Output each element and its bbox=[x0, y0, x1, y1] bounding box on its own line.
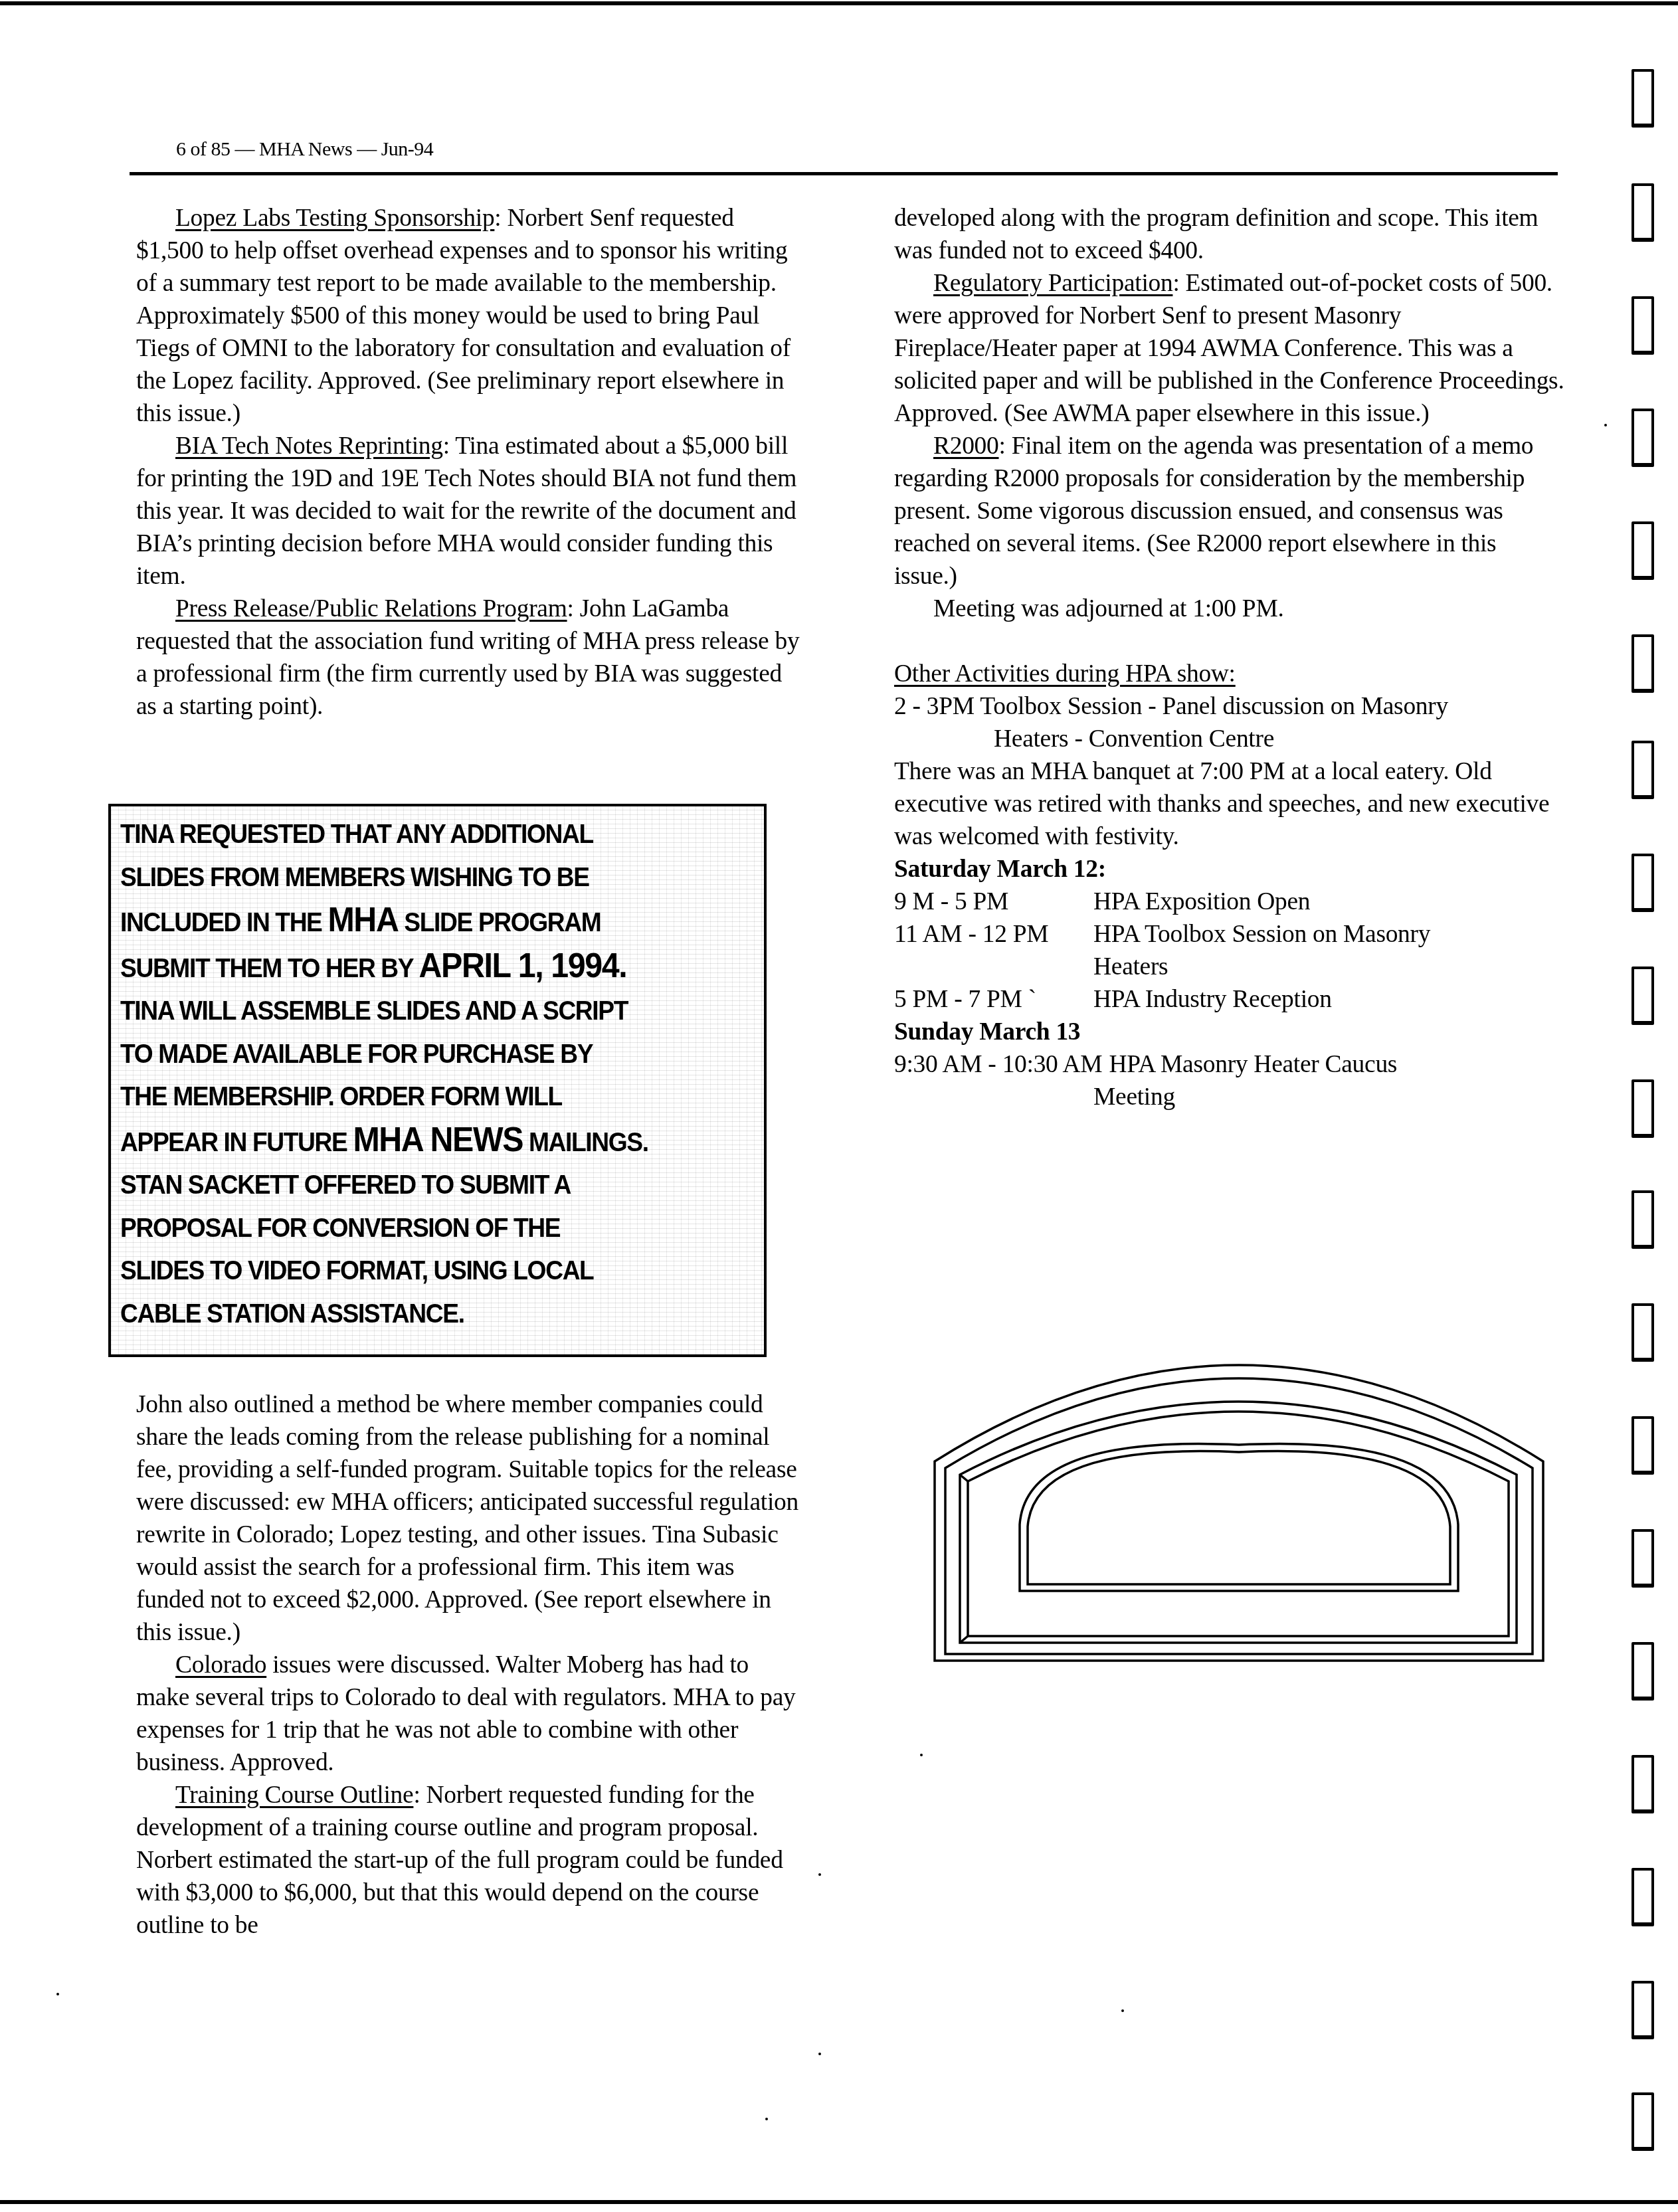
punch-hole-icon bbox=[1631, 409, 1654, 467]
line-text: mailings. bbox=[523, 1128, 648, 1157]
punch-hole-icon bbox=[1631, 1303, 1654, 1362]
paragraph-colorado: Colorado issues were discussed. Walter M… bbox=[136, 1649, 800, 1779]
paragraph-body: Meeting was adjourned at 1:00 PM. bbox=[933, 595, 1284, 622]
schedule-row: 11 AM - 12 PM HPA Toolbox Session on Mas… bbox=[894, 918, 1565, 951]
line-emphasis: April 1, 1994. bbox=[419, 947, 626, 985]
schedule-desc: HPA Masonry Heater Caucus bbox=[1102, 1048, 1565, 1081]
slide-notice-line: included in the MHA slide program bbox=[120, 899, 713, 945]
schedule-time: 9 M - 5 PM bbox=[894, 885, 1093, 918]
punch-hole-icon bbox=[1631, 1190, 1654, 1249]
scan-speck bbox=[1604, 424, 1607, 426]
line-text: included in the bbox=[120, 908, 327, 937]
toolbox-line-continued: Heaters - Convention Centre bbox=[894, 723, 1565, 755]
slide-notice-line: to made available for purchase by bbox=[120, 1033, 713, 1076]
scan-speck bbox=[765, 2118, 768, 2120]
punch-hole-icon bbox=[1631, 854, 1654, 912]
slide-notice-line: the membership. Order form will bbox=[120, 1075, 713, 1119]
other-activities-heading: Other Activities during HPA show: bbox=[894, 658, 1565, 690]
schedule-row: 9 M - 5 PM HPA Exposition Open bbox=[894, 885, 1565, 918]
page-top-rule bbox=[0, 1, 1678, 5]
scan-speck bbox=[56, 1993, 59, 1995]
paragraph-press-release: Press Release/Public Relations Program: … bbox=[136, 593, 800, 723]
punch-hole-icon bbox=[1631, 521, 1654, 580]
running-head: 6 of 85 — MHA News — Jun-94 bbox=[176, 138, 433, 161]
schedule-row: 5 PM - 7 PM ` HPA Industry Reception bbox=[894, 983, 1565, 1016]
paragraph-lopez-labs: Lopez Labs Testing Sponsorship: Norbert … bbox=[136, 202, 800, 430]
slide-notice-line: proposal for conversion of the bbox=[120, 1207, 713, 1250]
left-column-continued: John also outlined a method be where mem… bbox=[136, 1388, 800, 1942]
punch-hole-icon bbox=[1631, 1416, 1654, 1475]
heading-lopez-labs: Lopez Labs Testing Sponsorship bbox=[175, 205, 494, 232]
paragraph-adjourned: Meeting was adjourned at 1:00 PM. bbox=[894, 593, 1565, 625]
slide-notice-line: Tina requested that any additional bbox=[120, 813, 713, 856]
paragraph-r2000: R2000: Final item on the agenda was pres… bbox=[894, 430, 1565, 593]
schedule-time: 11 AM - 12 PM bbox=[894, 918, 1093, 951]
line-text: cable station assistance. bbox=[120, 1299, 464, 1329]
line-text: Tina requested that any additional bbox=[120, 820, 593, 849]
line-text: proposal for conversion of the bbox=[120, 1214, 560, 1243]
slide-notice-line: submit them to her by April 1, 1994. bbox=[120, 945, 713, 990]
toolbox-line: 2 - 3PM Toolbox Session - Panel discussi… bbox=[894, 690, 1565, 723]
schedule-desc-continued: Heaters bbox=[894, 951, 1565, 983]
paragraph-press-release-continued: John also outlined a method be where mem… bbox=[136, 1388, 800, 1649]
schedule-time: 5 PM - 7 PM ` bbox=[894, 983, 1093, 1016]
other-activities-section: Other Activities during HPA show: 2 - 3P… bbox=[894, 658, 1565, 1113]
punch-hole-icon bbox=[1631, 69, 1654, 128]
punch-hole-icon bbox=[1631, 1079, 1654, 1138]
slide-notice-line: slides to video format, using local bbox=[120, 1249, 713, 1293]
scan-speck bbox=[920, 1754, 923, 1756]
slide-notice-line: cable station assistance. bbox=[120, 1293, 713, 1336]
paragraph-body: : Norbert Senf requested $1,500 to help … bbox=[136, 205, 791, 427]
scan-speck bbox=[1121, 2009, 1124, 2012]
slide-notice-line: appear in future MHA News mailings. bbox=[120, 1119, 713, 1164]
line-text: submit them to her by bbox=[120, 954, 419, 983]
paragraph-bia-tech-notes: BIA Tech Notes Reprinting: Tina estimate… bbox=[136, 430, 800, 593]
line-text: slides to video format, using local bbox=[120, 1256, 593, 1285]
day-heading-sunday: Sunday March 13 bbox=[894, 1016, 1565, 1048]
punch-hole-icon bbox=[1631, 1981, 1654, 2039]
punch-hole-icon bbox=[1631, 296, 1654, 355]
heading-r2000: R2000 bbox=[933, 432, 999, 460]
punch-hole-icon bbox=[1631, 741, 1654, 799]
paragraph-regulatory: Regulatory Participation: Estimated out-… bbox=[894, 267, 1565, 430]
line-text: to made available for purchase by bbox=[120, 1040, 593, 1069]
line-text: Tina will assemble slides and a script bbox=[120, 996, 628, 1026]
punch-hole-icon bbox=[1631, 634, 1654, 693]
line-text: appear in future bbox=[120, 1128, 353, 1157]
punch-hole-icon bbox=[1631, 2092, 1654, 2151]
paragraph-training-course: Training Course Outline: Norbert request… bbox=[136, 1779, 800, 1942]
spacer bbox=[894, 625, 1565, 658]
schedule-desc: HPA Exposition Open bbox=[1093, 885, 1565, 918]
heading-bia-tech-notes: BIA Tech Notes Reprinting bbox=[175, 432, 443, 460]
line-text: Stan Sackett offered to submit a bbox=[120, 1170, 571, 1200]
paragraph-body: John also outlined a method be where mem… bbox=[136, 1391, 798, 1646]
schedule-time: 9:30 AM - 10:30 AM bbox=[894, 1048, 1102, 1081]
slide-notice-line: Tina will assemble slides and a script bbox=[120, 990, 713, 1033]
heading-training-course: Training Course Outline bbox=[175, 1782, 413, 1809]
banquet-text: There was an MHA banquet at 7:00 PM at a… bbox=[894, 755, 1565, 853]
paragraph-training-course-continued: developed along with the program definit… bbox=[894, 202, 1565, 267]
heading-regulatory: Regulatory Participation bbox=[933, 270, 1172, 297]
schedule-row: 9:30 AM - 10:30 AM HPA Masonry Heater Ca… bbox=[894, 1048, 1565, 1081]
right-column: developed along with the program definit… bbox=[894, 202, 1565, 1113]
day-heading-saturday: Saturday March 12: bbox=[894, 853, 1565, 885]
masonry-heater-arch-door-icon bbox=[927, 1348, 1551, 1674]
punch-hole-icon bbox=[1631, 1642, 1654, 1701]
heading-press-release: Press Release/Public Relations Program bbox=[175, 595, 567, 622]
line-text: slides from members wishing to be bbox=[120, 863, 589, 892]
paragraph-body: developed along with the program definit… bbox=[894, 205, 1538, 264]
line-emphasis: MHA bbox=[327, 901, 398, 939]
slide-notice-line: slides from members wishing to be bbox=[120, 856, 713, 899]
scan-speck bbox=[818, 1873, 821, 1876]
slide-program-notice-box: Tina requested that any additional slide… bbox=[108, 804, 767, 1357]
punch-hole-icon bbox=[1631, 967, 1654, 1025]
slide-notice-line: Stan Sackett offered to submit a bbox=[120, 1164, 713, 1207]
punch-hole-icon bbox=[1631, 183, 1654, 242]
left-column: Lopez Labs Testing Sponsorship: Norbert … bbox=[136, 202, 800, 723]
punch-hole-icon bbox=[1631, 1868, 1654, 1926]
line-text: slide program bbox=[398, 908, 601, 937]
line-emphasis: MHA News bbox=[353, 1121, 523, 1159]
line-text: the membership. Order form will bbox=[120, 1082, 562, 1111]
header-rule bbox=[130, 172, 1558, 175]
schedule-desc: HPA Industry Reception bbox=[1093, 983, 1565, 1016]
punch-hole-icon bbox=[1631, 1529, 1654, 1588]
slide-notice-text: Tina requested that any additional slide… bbox=[120, 813, 713, 1335]
scan-speck bbox=[818, 2053, 821, 2055]
schedule-desc-continued: Meeting bbox=[894, 1081, 1565, 1113]
schedule-desc: HPA Toolbox Session on Masonry bbox=[1093, 918, 1565, 951]
page-bottom-rule bbox=[0, 2200, 1678, 2204]
punch-hole-icon bbox=[1631, 1755, 1654, 1813]
heading-colorado: Colorado bbox=[175, 1651, 266, 1679]
